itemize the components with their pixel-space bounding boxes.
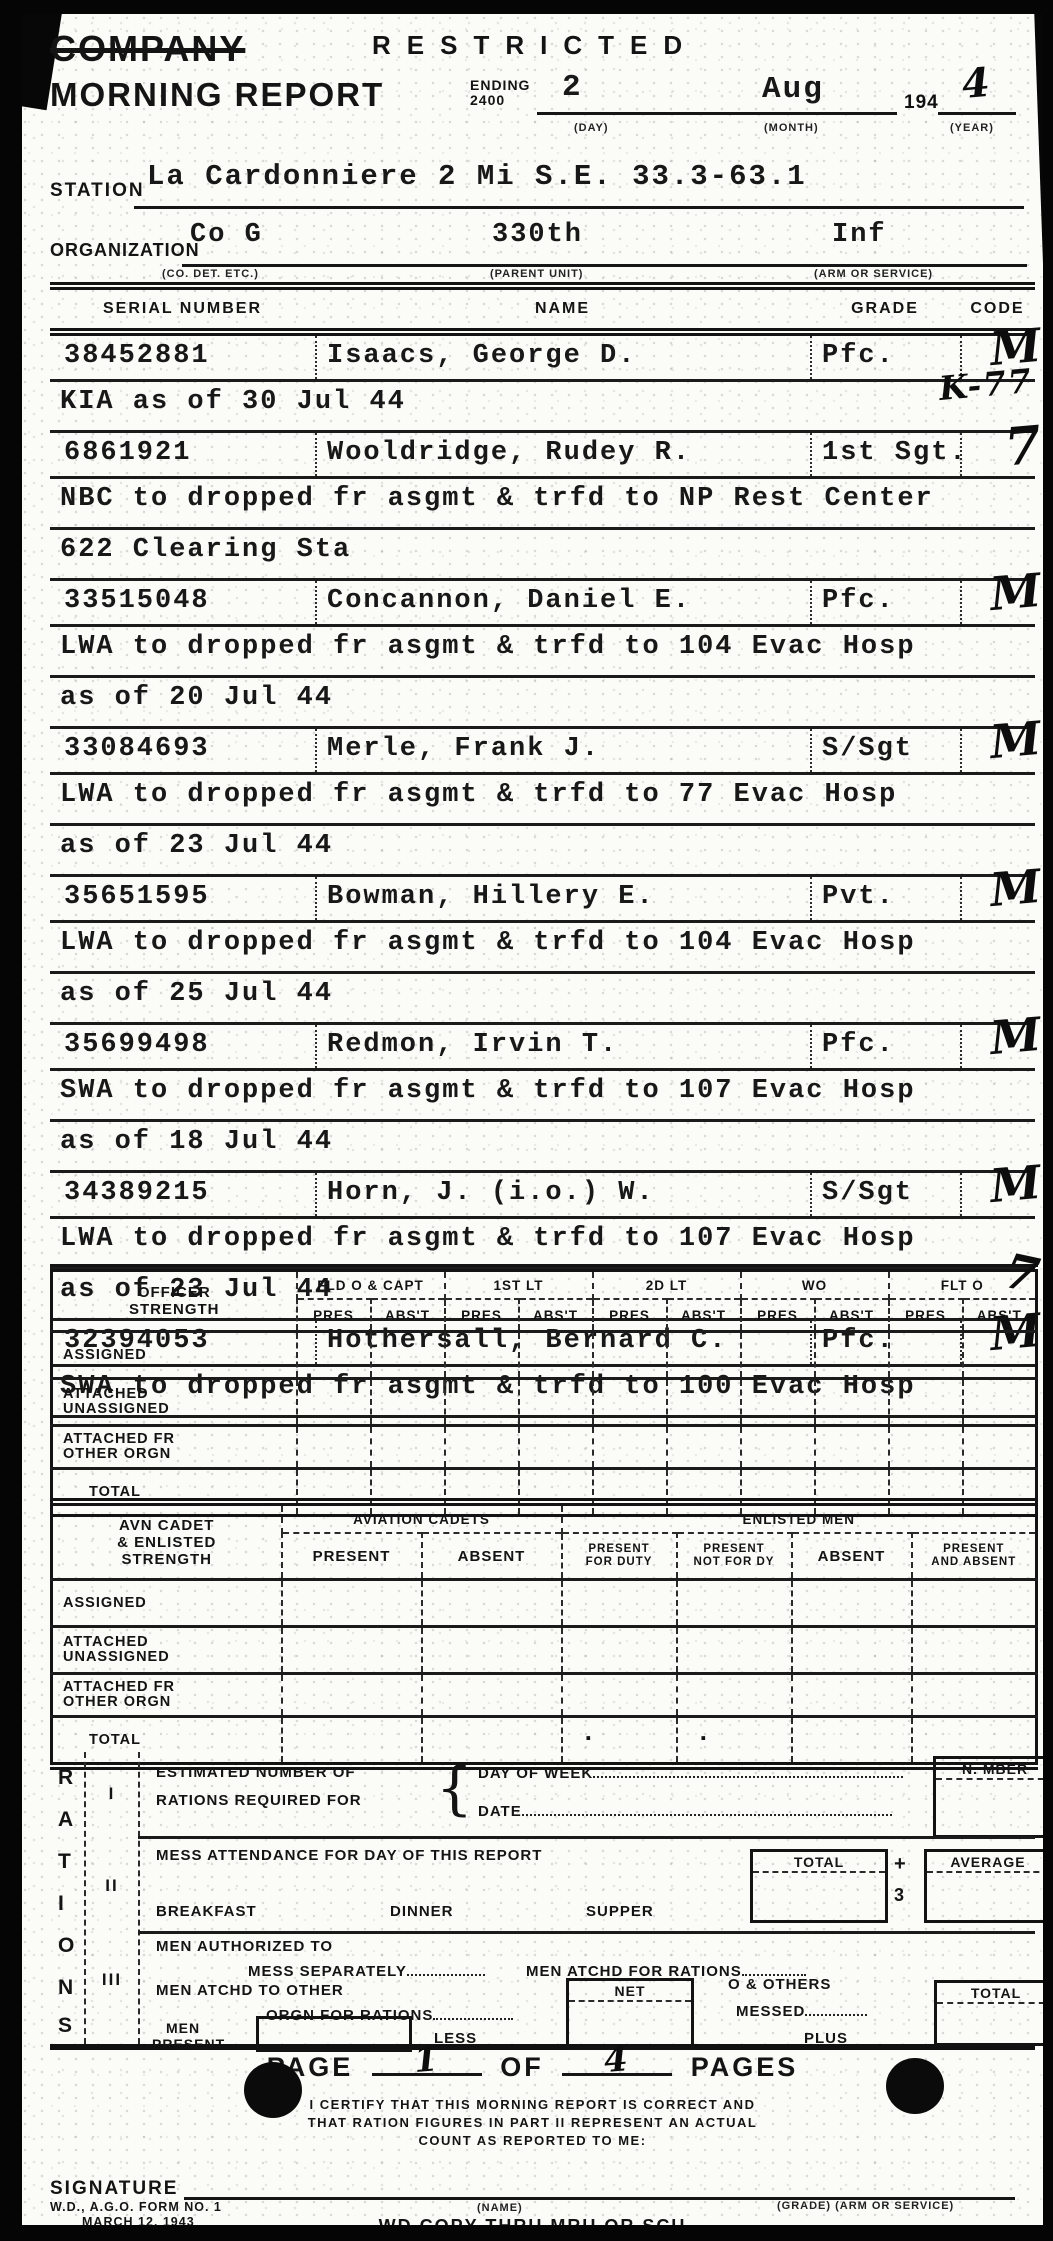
serial-number: 35699498 <box>64 1030 210 1060</box>
signature-rule <box>184 2187 1015 2200</box>
breakfast-label: BREAKFAST <box>156 1903 257 1920</box>
table-row: ASSIGNED <box>52 1580 1037 1627</box>
of-label: OF <box>500 2052 544 2082</box>
divisor-three: 3 <box>894 1885 905 1906</box>
part-iii-numeral: III <box>86 1970 138 1990</box>
hole-punch-mark <box>244 2062 302 2118</box>
attached-unassigned-row-label: ATTACHEDUNASSIGNED <box>52 1627 282 1674</box>
table-row: ATTACHED FROTHER ORGN <box>52 1674 1037 1717</box>
2d-lt-header: 2D LT <box>593 1268 741 1299</box>
grade: Pfc. <box>822 341 895 371</box>
total-box: TOTAL <box>934 1980 1043 2046</box>
pres-subheader: PRES <box>889 1299 963 1332</box>
table-row: 38452881 Isaacs, George D. Pfc. M <box>50 336 1035 382</box>
present-subheader: PRESENT <box>282 1533 422 1580</box>
year-sublabel: (YEAR) <box>950 122 994 134</box>
station-label: STATION <box>50 180 145 202</box>
abst-subheader: ABS'T <box>667 1299 741 1332</box>
date-rule <box>537 110 897 115</box>
enlisted-men-header: ENLISTED MEN <box>562 1502 1037 1533</box>
soldier-name: Isaacs, George D. <box>327 341 636 371</box>
signature-label: SIGNATURE <box>50 2178 178 2200</box>
attached-unassigned-row-label: ATTACHEDUNASSIGNED <box>52 1379 297 1426</box>
rations-required-label: RATIONS REQUIRED FOR <box>156 1792 362 1809</box>
messed-label: MESSED <box>736 2000 867 2020</box>
grade-header: GRADE <box>810 300 960 318</box>
report-year-digit: 4 <box>960 63 991 105</box>
station-rule <box>134 204 1024 209</box>
serial-number: 33515048 <box>64 586 210 616</box>
abst-subheader: ABS'T <box>519 1299 593 1332</box>
soldier-name: Horn, J. (i.o.) W. <box>327 1178 655 1208</box>
certification-statement: I CERTIFY THAT THIS MORNING REPORT IS CO… <box>22 2096 1043 2150</box>
table-row: 33084693 Merle, Frank J. S/Sgt M <box>50 729 1035 775</box>
attached-fr-other-orgn-row-label: ATTACHED FROTHER ORGN <box>52 1426 297 1469</box>
men-authorized-label: MEN AUTHORIZED TO <box>156 1938 333 1955</box>
table-row: ATTACHEDUNASSIGNED <box>52 1379 1037 1426</box>
grade: S/Sgt <box>822 734 913 764</box>
officer-strength-table: OFFICERSTRENGTH FLD O & CAPT 1ST LT 2D L… <box>50 1264 1038 1517</box>
serial-number: 33084693 <box>64 734 210 764</box>
hole-punch-mark <box>886 2058 944 2114</box>
fld-o-capt-header: FLD O & CAPT <box>297 1268 445 1299</box>
pages-label: PAGES <box>691 2052 799 2082</box>
ending-2400-label: ENDING2400 <box>470 78 530 108</box>
remark-row: as of 18 Jul 44 <box>50 1122 1035 1173</box>
assigned-row-label: ASSIGNED <box>52 1332 297 1379</box>
o-and-others-label: O & OTHERS <box>728 1976 831 1993</box>
abst-subheader: ABS'T <box>371 1299 445 1332</box>
form-header: COMPANY RESTRICTED MORNING REPORT ENDING… <box>22 14 1043 282</box>
net-box: NET <box>566 1978 694 2050</box>
remark-row: LWA to dropped fr asgmt & trfd to 107 Ev… <box>50 1219 1035 1270</box>
name-header: NAME <box>315 300 810 318</box>
organization-label: ORGANIZATION <box>50 240 200 261</box>
remark-row: as of 25 Jul 44 <box>50 974 1035 1025</box>
soldier-name: Bowman, Hillery E. <box>327 882 655 912</box>
month-sublabel: (MONTH) <box>764 122 819 134</box>
grade: 1st Sgt. <box>822 438 968 468</box>
report-month-value: Aug <box>762 72 824 107</box>
rations-content: ESTIMATED NUMBER OF RATIONS REQUIRED FOR… <box>138 1752 1035 2044</box>
serial-number: 6861921 <box>64 438 191 468</box>
dinner-label: DINNER <box>390 1903 454 1920</box>
wo-header: WO <box>741 1268 889 1299</box>
remark-row: SWA to dropped fr asgmt & trfd to 107 Ev… <box>50 1071 1035 1122</box>
serial-number-header: SERIAL NUMBER <box>50 300 315 318</box>
handwritten-code: M <box>988 715 1043 765</box>
soldier-name: Redmon, Irvin T. <box>327 1030 618 1060</box>
pres-subheader: PRES <box>445 1299 519 1332</box>
handwritten-pages-total: 4 <box>603 2042 633 2078</box>
organization-rule <box>182 262 1027 267</box>
grade-arm-sublabel: (GRADE) (ARM OR SERVICE) <box>777 2200 954 2212</box>
roster-header-row: SERIAL NUMBER NAME GRADE CODE <box>50 282 1035 336</box>
handwritten-code: 7 <box>1003 420 1043 475</box>
mess-attendance-label: MESS ATTENDANCE FOR DAY OF THIS REPORT <box>156 1847 542 1864</box>
scanned-morning-report: COMPANY RESTRICTED MORNING REPORT ENDING… <box>0 0 1053 2241</box>
absent-subheader: ABSENT <box>792 1533 912 1580</box>
plus-sign: + <box>894 1853 907 1876</box>
table-row: 34389215 Horn, J. (i.o.) W. S/Sgt M <box>50 1173 1035 1219</box>
day-of-week-label: DAY OF WEEK <box>478 1762 903 1782</box>
aviation-cadets-header: AVIATION CADETS <box>282 1502 562 1533</box>
remark-row: 622 Clearing Sta <box>50 530 1035 581</box>
org-arm-sublabel: (ARM OR SERVICE) <box>814 268 933 280</box>
soldier-name: Concannon, Daniel E. <box>327 586 691 616</box>
present-for-duty-subheader: PRESENTFOR DUTY <box>562 1533 677 1580</box>
date-label: DATE <box>478 1800 892 1820</box>
grade: S/Sgt <box>822 1178 913 1208</box>
handwritten-code: K-77 <box>938 364 1034 405</box>
assigned-row-label: ASSIGNED <box>52 1580 282 1627</box>
org-unit-sublabel: (CO. DET. ETC.) <box>162 268 259 280</box>
handwritten-code: M <box>988 1011 1043 1061</box>
crossed-out-company-title: COMPANY <box>50 28 245 70</box>
org-parent-sublabel: (PARENT UNIT) <box>490 268 583 280</box>
absent-subheader: ABSENT <box>422 1533 562 1580</box>
year-rule <box>938 110 1016 115</box>
station-value: La Cardonniere 2 Mi S.E. 33.3-63.1 <box>147 160 807 193</box>
organization-parent-unit: 330th <box>492 220 583 250</box>
pres-subheader: PRES <box>593 1299 667 1332</box>
supper-label: SUPPER <box>586 1903 654 1920</box>
officer-strength-title: OFFICERSTRENGTH <box>52 1268 297 1332</box>
remark-row: LWA to dropped fr asgmt & trfd to 104 Ev… <box>50 923 1035 974</box>
estimated-number-label: ESTIMATED NUMBER OF <box>156 1764 356 1781</box>
rations-part-iii: MEN AUTHORIZED TO MESS SEPARATELY MEN AT… <box>138 1931 1035 2047</box>
personnel-roster: SERIAL NUMBER NAME GRADE CODE 38452881 I… <box>50 282 1035 1418</box>
part-i-numeral: I <box>86 1784 138 1804</box>
pres-subheader: PRES <box>741 1299 815 1332</box>
handwritten-code: M <box>988 1159 1043 1209</box>
table-row: 35651595 Bowman, Hillery E. Pvt. M <box>50 877 1035 923</box>
present-and-absent-subheader: PRESENTAND ABSENT <box>912 1533 1037 1580</box>
rations-part-numerals: I II III <box>84 1752 140 2044</box>
wd-copy-routing-label: WD COPY THRU MRU OR SCU <box>22 2216 1043 2225</box>
year-preprint: 194 <box>904 92 939 114</box>
table-row: 35699498 Redmon, Irvin T. Pfc. M <box>50 1025 1035 1071</box>
abst-subheader: ABS'T <box>963 1299 1037 1332</box>
rations-part-i: ESTIMATED NUMBER OF RATIONS REQUIRED FOR… <box>138 1752 1035 1836</box>
table-row: 6861921 Wooldridge, Rudey R. 1st Sgt. 7 <box>50 433 1035 479</box>
day-sublabel: (DAY) <box>574 122 609 134</box>
enlisted-strength-table: AVN CADET& ENLISTEDSTRENGTH AVIATION CAD… <box>50 1498 1038 1770</box>
rations-section: R A T I O N S I II III ESTIMATED NUMBER … <box>50 1752 1035 2050</box>
page-number-rule: 1 <box>372 2073 482 2076</box>
soldier-name: Wooldridge, Rudey R. <box>327 438 691 468</box>
brace-glyph: { <box>436 1754 473 1822</box>
rations-vertical-label: R A T I O N S <box>50 1752 84 2044</box>
table-row: ATTACHEDUNASSIGNED <box>52 1627 1037 1674</box>
code-header: CODE <box>960 300 1035 318</box>
1st-lt-header: 1ST LT <box>445 1268 593 1299</box>
remark-row: as of 20 Jul 44 <box>50 678 1035 729</box>
form-footer: PAGE 1 OF 4 PAGES I CERTIFY THAT THIS MO… <box>22 2044 1043 2225</box>
abst-subheader: ABS'T <box>815 1299 889 1332</box>
organization-arm: Inf <box>832 220 887 250</box>
serial-number: 35651595 <box>64 882 210 912</box>
total-box: TOTAL <box>750 1849 888 1923</box>
form-paper: COMPANY RESTRICTED MORNING REPORT ENDING… <box>22 14 1043 2225</box>
handwritten-page-number: 1 <box>412 2042 442 2078</box>
men-present-label: MEN <box>166 2020 200 2036</box>
number-box: N. MBER <box>933 1756 1043 1838</box>
average-box: AVERAGE <box>924 1849 1043 1923</box>
part-ii-numeral: II <box>86 1876 138 1896</box>
flt-o-header: FLT O 7 <box>889 1268 1037 1299</box>
pages-number-rule: 4 <box>562 2073 672 2076</box>
grade: Pvt. <box>822 882 895 912</box>
mess-separately-label: MESS SEPARATELY <box>248 1960 485 1980</box>
remark-row: LWA to dropped fr asgmt & trfd to 77 Eva… <box>50 775 1035 826</box>
report-day-value: 2 <box>562 70 583 105</box>
form-title: MORNING REPORT <box>50 76 384 114</box>
classification-banner: RESTRICTED <box>372 30 698 61</box>
signature-line: SIGNATURE <box>50 2178 1015 2200</box>
grade: Pfc. <box>822 586 895 616</box>
handwritten-code: M <box>988 863 1043 913</box>
remark-row: KIA as of 30 Jul 44 K-77 <box>50 382 1035 433</box>
organization-unit: Co G <box>190 220 263 250</box>
pres-subheader: PRES <box>297 1299 371 1332</box>
table-row: ASSIGNED <box>52 1332 1037 1379</box>
avn-cadet-enlisted-title: AVN CADET& ENLISTEDSTRENGTH <box>52 1502 282 1580</box>
present-not-for-duty-subheader: PRESENTNOT FOR DY <box>677 1533 792 1580</box>
serial-number: 38452881 <box>64 341 210 371</box>
serial-number: 34389215 <box>64 1178 210 1208</box>
name-sublabel: (NAME) <box>477 2202 523 2214</box>
men-atchd-to-other-label: MEN ATCHD TO OTHER <box>156 1982 344 1999</box>
handwritten-code: M <box>988 567 1043 617</box>
rations-part-ii: MESS ATTENDANCE FOR DAY OF THIS REPORT T… <box>138 1836 1035 1934</box>
soldier-name: Merle, Frank J. <box>327 734 600 764</box>
remark-row: as of 23 Jul 44 <box>50 826 1035 877</box>
table-row: ATTACHED FROTHER ORGN <box>52 1426 1037 1469</box>
grade: Pfc. <box>822 1030 895 1060</box>
remark-row: NBC to dropped fr asgmt & trfd to NP Res… <box>50 479 1035 530</box>
attached-fr-other-orgn-row-label: ATTACHED FROTHER ORGN <box>52 1674 282 1717</box>
table-row: 33515048 Concannon, Daniel E. Pfc. M <box>50 581 1035 627</box>
remark-row: LWA to dropped fr asgmt & trfd to 104 Ev… <box>50 627 1035 678</box>
